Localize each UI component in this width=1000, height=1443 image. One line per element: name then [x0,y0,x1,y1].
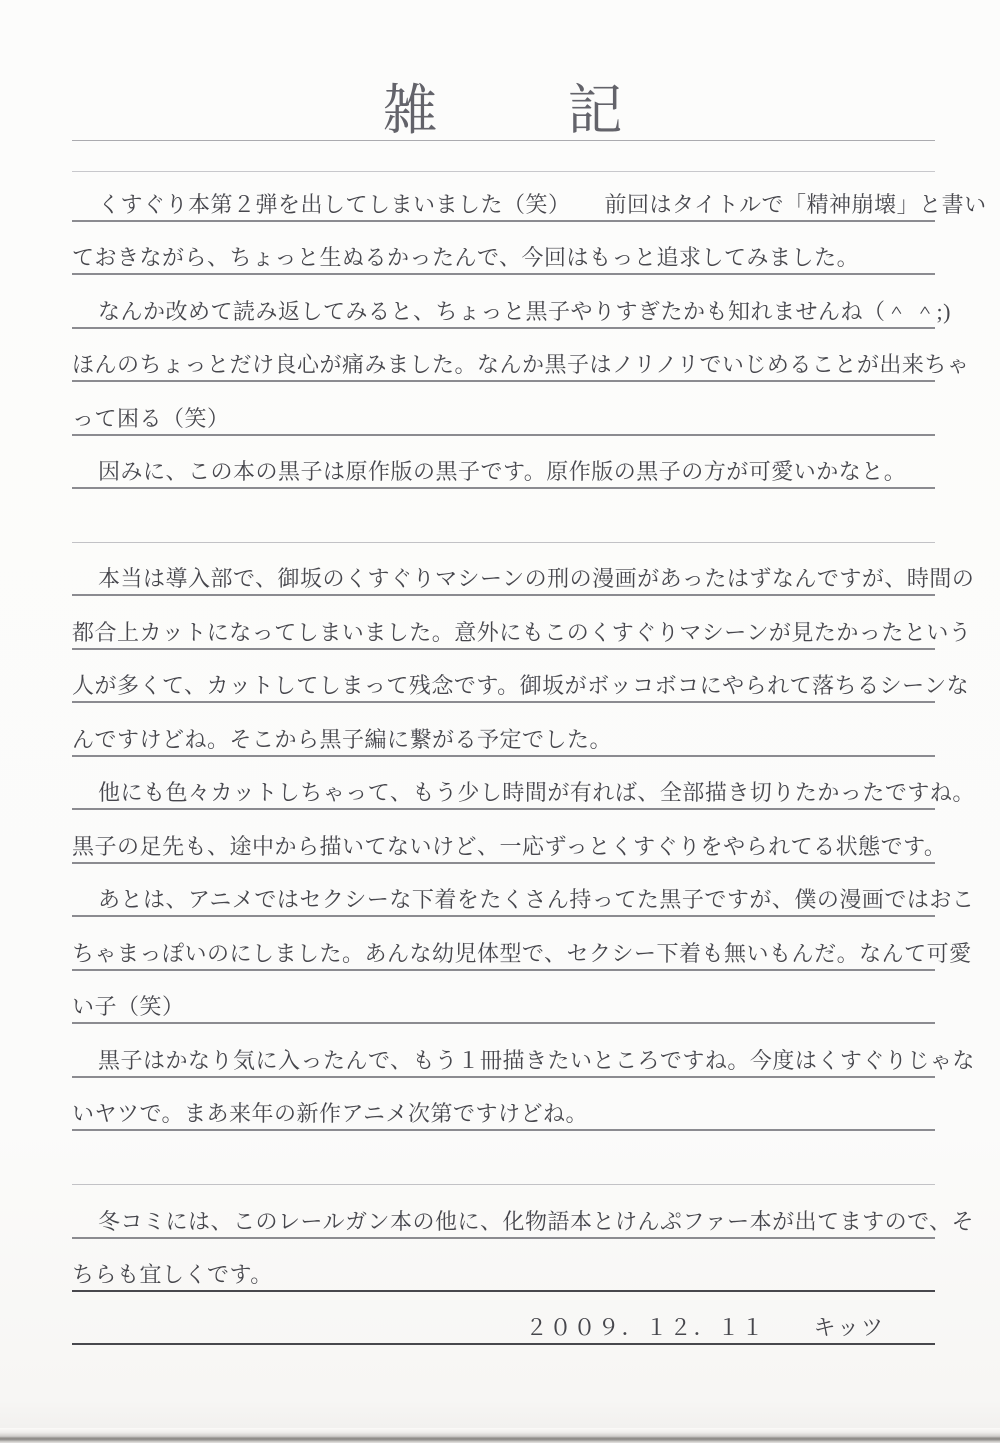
ruled-line-header-2 [72,171,935,172]
text-line: なんか改めて読み返してみると、ちょっと黒子やりすぎたかも知れませんね（＾ ＾;) [72,287,935,329]
text-line: 黒子はかなり気に入ったんで、もう１冊描きたいところですね。今度はくすぐりじゃな [72,1036,935,1078]
date-author-text: ２００９．１２．１１ キッツ [525,1315,885,1340]
ruled-line-blank [72,1143,935,1185]
line-text: あとは、アニメではセクシーな下着をたくさん持ってた黒子ですが、僕の漫画ではおこ [98,887,974,912]
text-line: 他にも色々カットしちゃって、もう少し時間が有れば、全部描き切りたかったですね。 [72,768,935,810]
text-line: 因みに、この本の黒子は原作版の黒子です。原作版の黒子の方が可愛いかなと。 [72,447,935,489]
text-line: 黒子の足先も、途中から描いてないけど、一応ずっとくすぐりをやられてる状態です。 [72,822,935,864]
scan-bottom-edge [0,1428,1000,1443]
text-line: くすぐり本第２弾を出してしまいました（笑） 前回はタイトルで「精神崩壊」と書い [72,180,935,222]
ruled-line-blank [72,501,935,543]
line-text: ちゃまっぽいのにしました。あんな幼児体型で、セクシー下着も無いもんだ。なんて可愛 [72,941,972,966]
line-text: ておきながら、ちょっと生ぬるかったんで、今回はもっと追求してみました。 [72,245,859,270]
line-text: ほんのちょっとだけ良心が痛みました。なんか黒子はノリノリでいじめることが出来ちゃ [72,352,969,377]
text-line: 人が多くて、カットしてしまって残念です。御坂がボッコボコにやられて落ちるシーンな [72,661,935,703]
text-line: ちゃまっぽいのにしました。あんな幼児体型で、セクシー下着も無いもんだ。なんて可愛 [72,929,935,971]
line-text: いヤツで。まあ来年の新作アニメ次第ですけどね。 [72,1101,588,1126]
date-author-line: ２００９．１２．１１ キッツ [72,1303,935,1345]
line-text: 人が多くて、カットしてしまって残念です。御坂がボッコボコにやられて落ちるシーンな [72,673,969,698]
text-line: 本当は導入部で、御坂のくすぐりマシーンの刑の漫画があったはずなんですが、時間の [72,554,935,596]
text-line: いヤツで。まあ来年の新作アニメ次第ですけどね。 [72,1089,935,1131]
text-line: ておきながら、ちょっと生ぬるかったんで、今回はもっと追求してみました。 [72,233,935,275]
line-text: 都合上カットになってしまいました。意外にもこのくすぐりマシーンが見たかったという [72,620,971,645]
line-text: 黒子はかなり気に入ったんで、もう１冊描きたいところですね。今度はくすぐりじゃな [98,1048,975,1073]
text-line: あとは、アニメではセクシーな下着をたくさん持ってた黒子ですが、僕の漫画ではおこ [72,875,935,917]
ruled-line-header-1 [72,140,935,141]
line-text: 因みに、この本の黒子は原作版の黒子です。原作版の黒子の方が可愛いかなと。 [98,459,906,484]
line-text: 黒子の足先も、途中から描いてないけど、一応ずっとくすぐりをやられてる状態です。 [72,834,946,859]
line-text: んですけどね。そこから黒子編に繋がる予定でした。 [72,727,612,752]
text-line: ほんのちょっとだけ良心が痛みました。なんか黒子はノリノリでいじめることが出来ちゃ [72,340,935,382]
text-line: って困る（笑） [72,394,935,436]
line-text: なんか改めて読み返してみると、ちょっと黒子やりすぎたかも知れませんね（＾ ＾;) [98,299,951,324]
page-title-char-right: 記 [568,83,625,138]
line-text: ちらも宜しくです。 [72,1262,273,1287]
line-text: 他にも色々カットしちゃって、もう少し時間が有れば、全部描き切りたかったですね。 [98,780,975,805]
scanned-page: 雑 記 くすぐり本第２弾を出してしまいました（笑） 前回はタイトルで「精神崩壊」… [0,0,1000,1443]
text-line: 冬コミには、このレールガン本の他に、化物語本とけんぷファー本が出てますので、そ [72,1197,935,1239]
text-line: い子（笑） [72,982,935,1024]
line-text: 本当は導入部で、御坂のくすぐりマシーンの刑の漫画があったはずなんですが、時間の [98,566,974,591]
line-text: い子（笑） [72,994,185,1019]
page-title-char-left: 雑 [382,83,439,138]
text-line: ちらも宜しくです。 [72,1250,935,1292]
line-text: って困る（笑） [72,406,230,431]
page-title: 雑 記 [72,74,935,138]
line-text: くすぐり本第２弾を出してしまいました（笑） 前回はタイトルで「精神崩壊」と書い [98,192,987,217]
line-text: 冬コミには、このレールガン本の他に、化物語本とけんぷファー本が出てますので、そ [98,1209,974,1234]
text-line: んですけどね。そこから黒子編に繋がる予定でした。 [72,715,935,757]
text-line: 都合上カットになってしまいました。意外にもこのくすぐりマシーンが見たかったという [72,608,935,650]
